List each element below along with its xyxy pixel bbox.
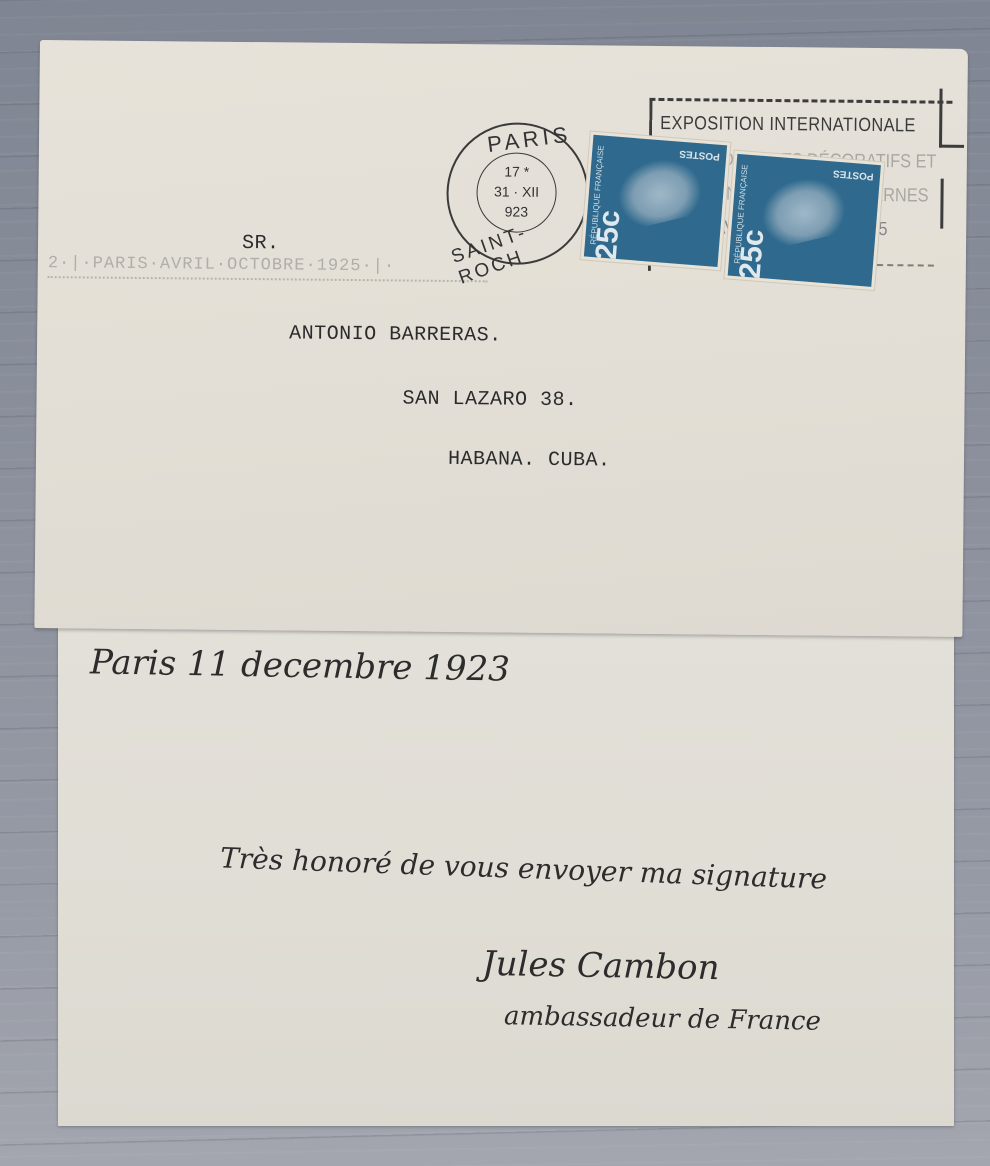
postmark-circle: PARIS 17 * 31 · XII 923 SAINT-ROCH (446, 122, 589, 265)
offset-ghost-cancel: 2·|·PARIS·AVRIL·OCTOBRE·1925·|· (48, 254, 488, 282)
handwritten-signature: Jules Cambon (482, 944, 720, 988)
slogan-corner-mark (939, 89, 965, 148)
stamp-sower-2: RÉPUBLIQUE FRANÇAISE POSTES 25c (728, 154, 881, 287)
stamp-value: 25c (590, 209, 628, 262)
address-name: ANTONIO BARRERAS. (289, 322, 502, 347)
signed-card: Paris 11 decembre 1923 Très honoré de vo… (58, 604, 954, 1126)
handwritten-title: ambassadeur de France (504, 1001, 821, 1037)
envelope: 2·|·PARIS·AVRIL·OCTOBRE·1925·|· PARIS 17… (34, 40, 968, 637)
postmark-city: PARIS (486, 121, 573, 158)
handwritten-message: Très honoré de vous envoyer ma signature (220, 841, 828, 895)
address-street: SAN LAZARO 38. (402, 387, 577, 412)
postmark-date: 31 · XII (477, 181, 555, 202)
handwritten-dateline: Paris 11 decembre 1923 (90, 642, 510, 689)
slogan-line-1: EXPOSITION INTERNATIONALE (660, 113, 916, 137)
salutation: SR. (242, 232, 280, 255)
stamp-sower-1: RÉPUBLIQUE FRANÇAISE POSTES 25c (584, 135, 727, 267)
stamp-label: POSTES (833, 168, 874, 182)
postmark-time: 17 * (478, 161, 556, 182)
slogan-corner-mark-lower (940, 179, 963, 229)
stamp-value: 25c (734, 228, 772, 281)
address-city: HABANA. CUBA. (448, 448, 611, 473)
